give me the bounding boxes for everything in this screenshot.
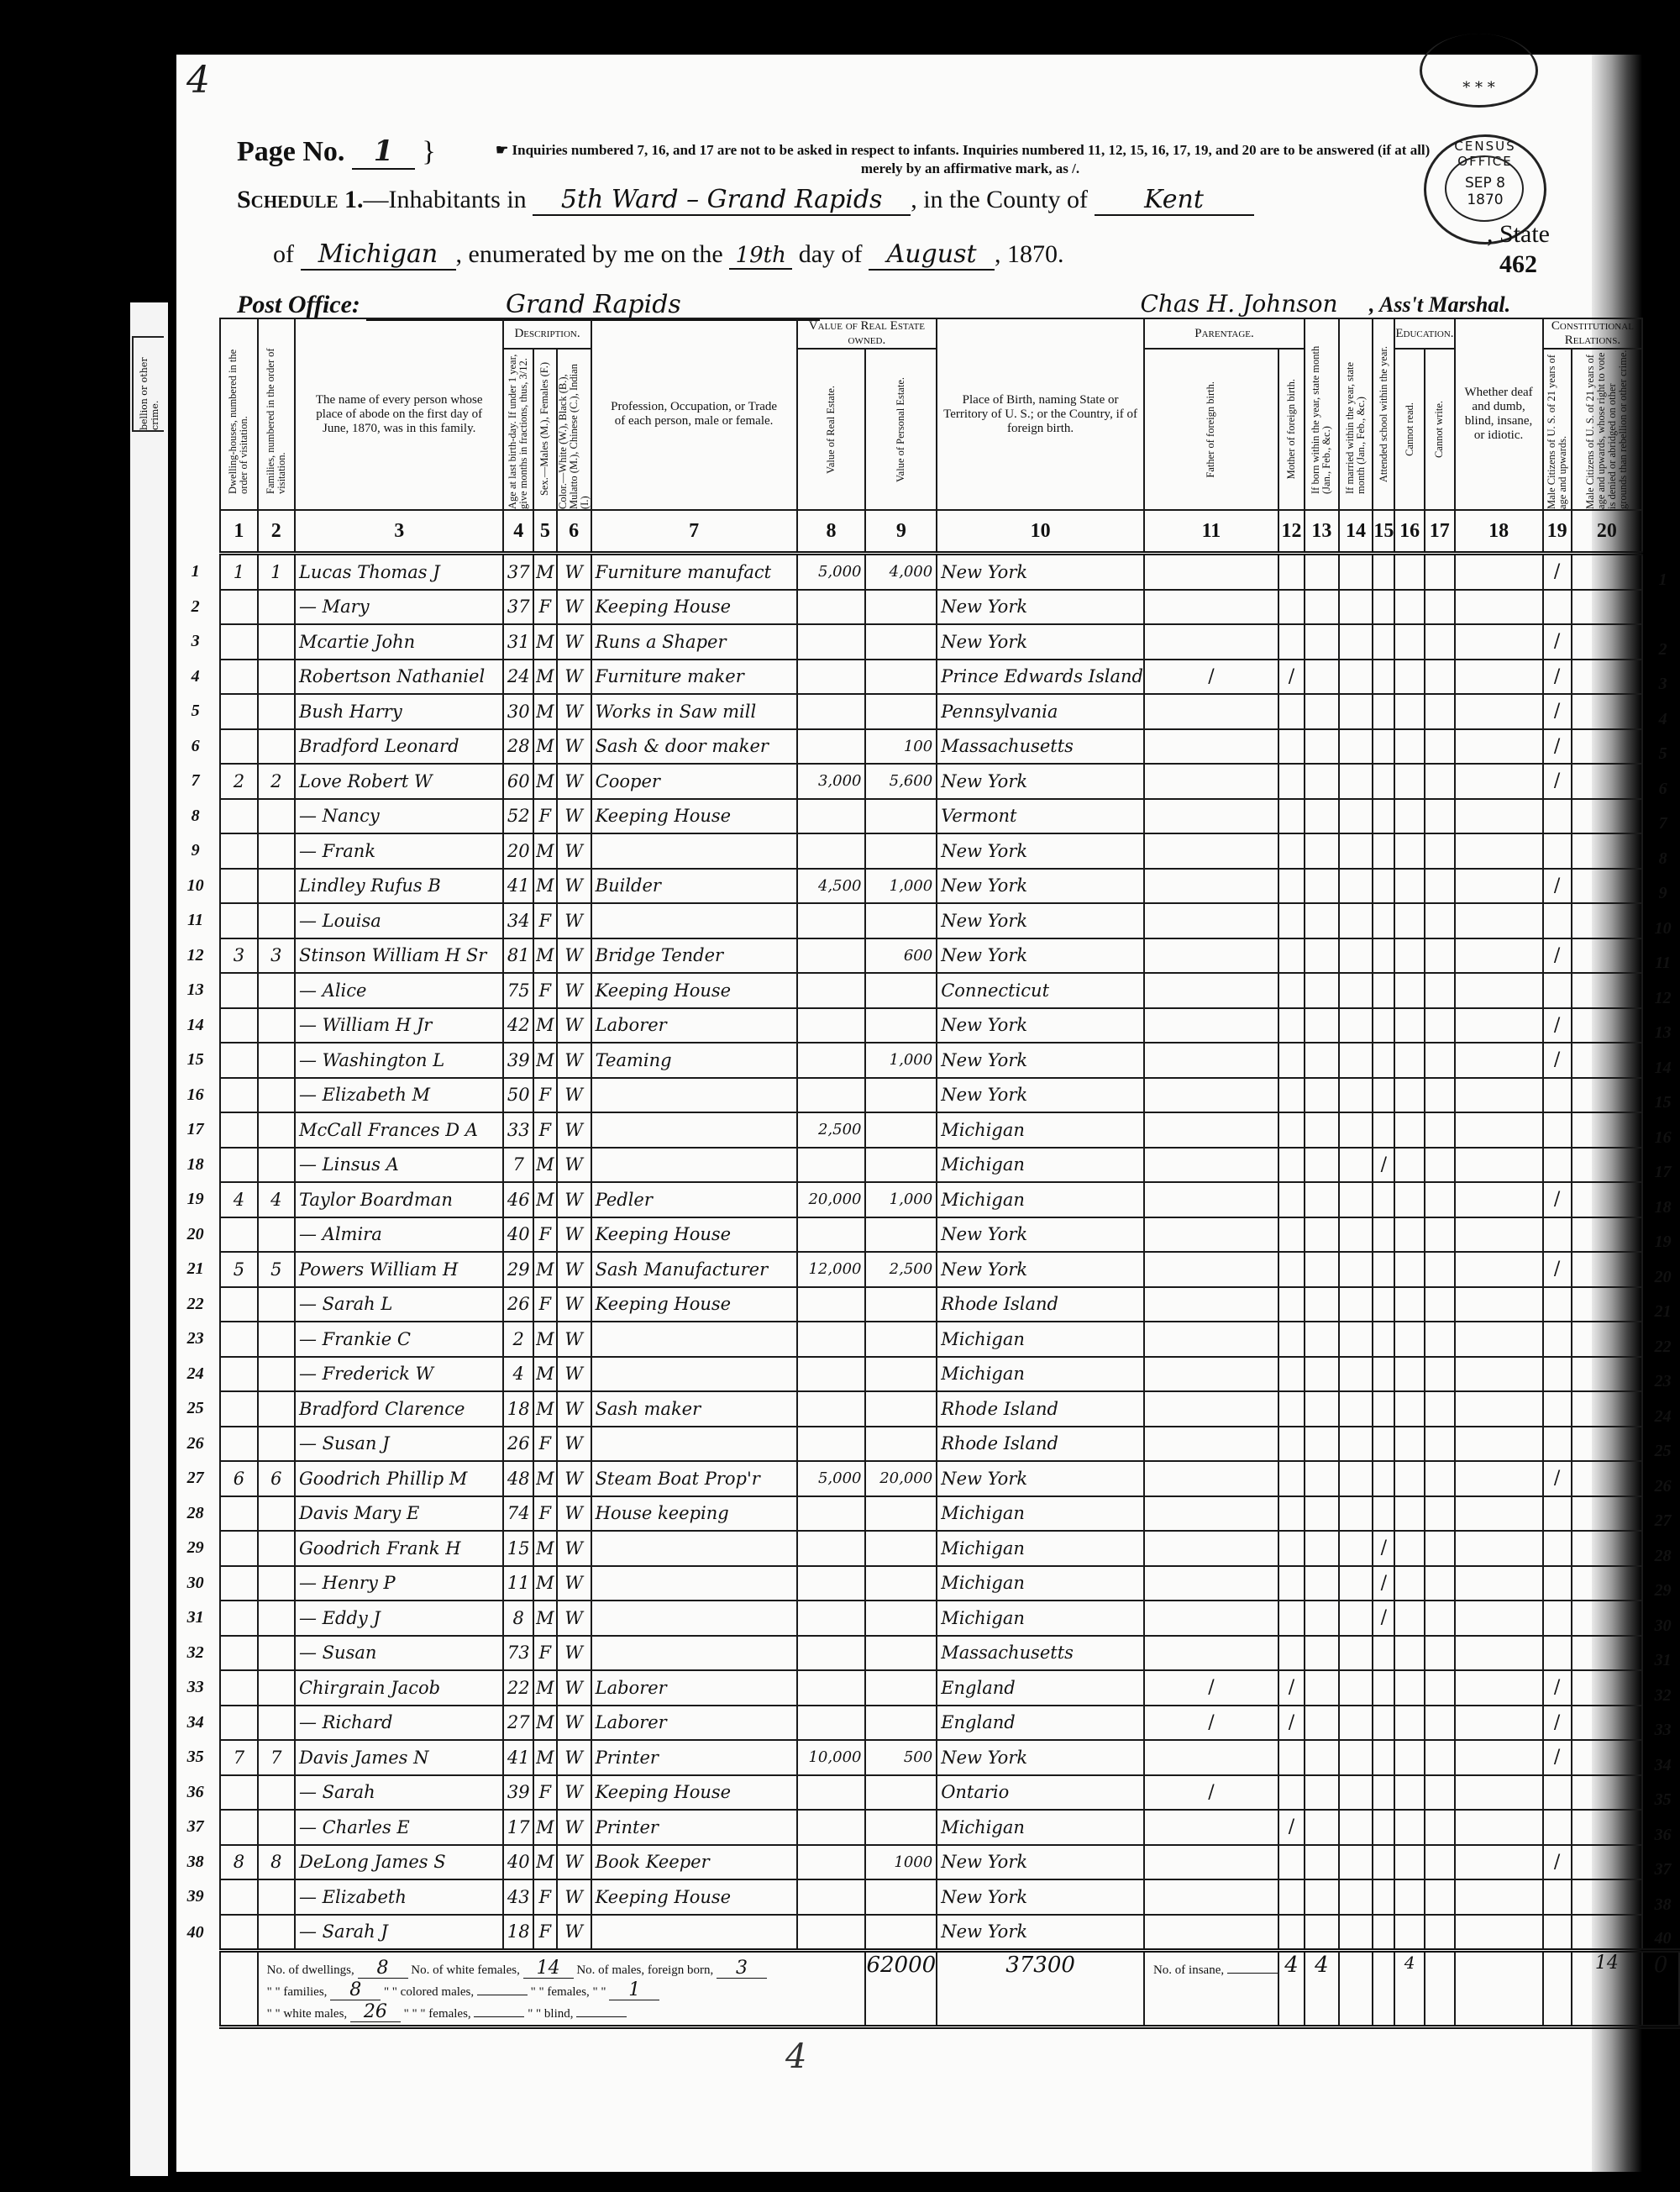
right-line-number: 27 — [1642, 1496, 1679, 1532]
father-foreign-mark — [1144, 1252, 1278, 1287]
occupation: Sash Manufacturer — [591, 1252, 797, 1287]
married-within-year — [1339, 1566, 1373, 1601]
father-foreign-mark — [1144, 1357, 1278, 1392]
line-number: 38 — [168, 1845, 220, 1880]
person-name: — Washington L — [295, 1043, 503, 1078]
cannot-read — [1394, 938, 1425, 974]
occupation — [591, 1357, 797, 1392]
born-within-year — [1305, 1845, 1339, 1880]
real-estate-value — [797, 694, 866, 729]
deaf-blind-insane — [1455, 1427, 1543, 1462]
deaf-blind-insane — [1455, 1531, 1543, 1566]
dwellings-count: 8 — [358, 1959, 408, 1979]
cannot-write — [1425, 694, 1455, 729]
age: 41 — [503, 869, 533, 904]
born-within-year — [1305, 1322, 1339, 1357]
attended-school-mark — [1373, 1636, 1394, 1671]
birthplace: Pennsylvania — [937, 694, 1144, 729]
person-name: — Almira — [295, 1217, 503, 1253]
color: W — [557, 869, 591, 904]
header-description-group: Description. — [503, 318, 591, 349]
sex: F — [533, 1775, 557, 1811]
sex: F — [533, 799, 557, 834]
occupation — [591, 1531, 797, 1566]
vote-denied — [1572, 1008, 1643, 1043]
vote-denied — [1572, 1496, 1643, 1532]
person-name: — Nancy — [295, 799, 503, 834]
deaf-blind-insane — [1455, 938, 1543, 974]
age: 74 — [503, 1496, 533, 1532]
cannot-read — [1394, 1740, 1425, 1775]
color: W — [557, 1740, 591, 1775]
vote-denied — [1572, 1287, 1643, 1322]
person-name: — Louisa — [295, 903, 503, 938]
line-number: 4 — [168, 660, 220, 695]
census-row: 9— Frank20MWNew York8 — [168, 833, 1680, 869]
married-within-year — [1339, 1078, 1373, 1113]
age: 39 — [503, 1043, 533, 1078]
cannot-read — [1394, 729, 1425, 765]
occupation: Works in Saw mill — [591, 694, 797, 729]
occupation: Builder — [591, 869, 797, 904]
attended-school-mark — [1373, 1810, 1394, 1845]
dwelling-number: 4 — [220, 1182, 257, 1217]
family-number — [258, 1566, 295, 1601]
census-row: 5Bush Harry30MWWorks in Saw millPennsylv… — [168, 694, 1680, 729]
cannot-write — [1425, 1217, 1455, 1253]
occupation: Keeping House — [591, 590, 797, 625]
male-citizen-mark: / — [1543, 1252, 1572, 1287]
age: 11 — [503, 1566, 533, 1601]
birthplace: New York — [937, 1078, 1144, 1113]
blind-count — [576, 2016, 627, 2017]
census-row: 13— Alice75FWKeeping HouseConnecticut12 — [168, 973, 1680, 1008]
color: W — [557, 1008, 591, 1043]
male-citizen-mark: / — [1543, 869, 1572, 904]
mother-foreign-mark — [1278, 1078, 1305, 1113]
column-number-9: 9 — [865, 510, 937, 554]
census-row: 1944Taylor Boardman46MWPedler20,0001,000… — [168, 1182, 1680, 1217]
cannot-read — [1394, 1182, 1425, 1217]
age: 15 — [503, 1531, 533, 1566]
male-citizen-mark — [1543, 1915, 1572, 1951]
attended-school-mark — [1373, 1043, 1394, 1078]
occupation — [591, 1322, 797, 1357]
occupation: Furniture maker — [591, 660, 797, 695]
male-citizen-mark — [1543, 590, 1572, 625]
family-number — [258, 833, 295, 869]
cannot-write — [1425, 1740, 1455, 1775]
personal-estate-value — [865, 1670, 937, 1706]
dwelling-number — [220, 869, 257, 904]
real-estate-value — [797, 1636, 866, 1671]
right-line-number: 7 — [1642, 799, 1679, 834]
cannot-write — [1425, 624, 1455, 660]
attended-school-mark — [1373, 1496, 1394, 1532]
header-occupation: Profession, Occupation, or Trade of each… — [591, 318, 797, 510]
age: 18 — [503, 1391, 533, 1427]
occupation: Laborer — [591, 1706, 797, 1741]
mother-foreign-mark — [1278, 1112, 1305, 1148]
father-foreign-mark — [1144, 1287, 1278, 1322]
person-name: Robertson Nathaniel — [295, 660, 503, 695]
birthplace: New York — [937, 869, 1144, 904]
personal-estate-value — [865, 1112, 937, 1148]
day-field: 19th — [729, 243, 792, 270]
father-foreign-mark — [1144, 1148, 1278, 1183]
born-within-year — [1305, 903, 1339, 938]
person-name: — Elizabeth — [295, 1879, 503, 1915]
family-number — [258, 1287, 295, 1322]
attended-school-mark — [1373, 1322, 1394, 1357]
cannot-read — [1394, 1112, 1425, 1148]
male-citizen-mark — [1543, 1287, 1572, 1322]
line-number: 40 — [168, 1915, 220, 1951]
born-within-year — [1305, 973, 1339, 1008]
married-within-year — [1339, 1706, 1373, 1741]
sex: M — [533, 1740, 557, 1775]
age: 52 — [503, 799, 533, 834]
vote-denied — [1572, 1357, 1643, 1392]
age: 26 — [503, 1427, 533, 1462]
right-line-number: 16 — [1642, 1112, 1679, 1148]
male-citizen-mark: / — [1543, 1008, 1572, 1043]
right-line-number: 2 — [1642, 624, 1679, 660]
age: 33 — [503, 1112, 533, 1148]
vote-denied — [1572, 1078, 1643, 1113]
vote-denied — [1572, 1706, 1643, 1741]
family-number — [258, 1008, 295, 1043]
deaf-blind-insane — [1455, 1287, 1543, 1322]
born-within-year — [1305, 1740, 1339, 1775]
census-row: 11— Louisa34FWNew York10 — [168, 903, 1680, 938]
father-foreign-mark — [1144, 1043, 1278, 1078]
born-within-year — [1305, 1148, 1339, 1183]
deaf-blind-insane — [1455, 1810, 1543, 1845]
married-within-year — [1339, 1008, 1373, 1043]
married-within-year — [1339, 1670, 1373, 1706]
vote-denied — [1572, 1879, 1643, 1915]
birthplace: Prince Edwards Island — [937, 660, 1144, 695]
sex: M — [533, 1008, 557, 1043]
header-male-citizens: Male Citizens of U. S. of 21 years of ag… — [1543, 349, 1572, 510]
mother-foreign-mark — [1278, 1217, 1305, 1253]
personal-estate-value — [865, 694, 937, 729]
real-estate-value: 2,500 — [797, 1112, 866, 1148]
mother-foreign-mark — [1278, 624, 1305, 660]
father-foreign-mark — [1144, 973, 1278, 1008]
total-real-estate: 62000 — [865, 1951, 937, 2027]
person-name: — Linsus A — [295, 1148, 503, 1183]
father-foreign-mark — [1144, 1915, 1278, 1951]
born-within-year — [1305, 799, 1339, 834]
father-foreign-mark — [1144, 1845, 1278, 1880]
married-within-year — [1339, 1531, 1373, 1566]
dwelling-number: 7 — [220, 1740, 257, 1775]
column-number-16: 16 — [1394, 510, 1425, 554]
total-mother-foreign: 4 — [1305, 1951, 1339, 2027]
mother-foreign-mark — [1278, 1043, 1305, 1078]
family-number — [258, 1879, 295, 1915]
right-line-number: 36 — [1642, 1810, 1679, 1845]
cannot-write — [1425, 833, 1455, 869]
real-estate-value — [797, 1043, 866, 1078]
age: 48 — [503, 1461, 533, 1496]
mother-foreign-mark — [1278, 1252, 1305, 1287]
column-number-12: 12 — [1278, 510, 1305, 554]
occupation: Furniture manufact — [591, 554, 797, 590]
dwelling-number — [220, 1217, 257, 1253]
deaf-blind-insane — [1455, 1252, 1543, 1287]
person-name: Davis Mary E — [295, 1496, 503, 1532]
birthplace: New York — [937, 554, 1144, 590]
mother-foreign-mark — [1278, 1391, 1305, 1427]
cannot-write — [1425, 1706, 1455, 1741]
vote-denied — [1572, 729, 1643, 765]
birthplace: New York — [937, 1252, 1144, 1287]
vote-denied — [1572, 1566, 1643, 1601]
census-row: 22— Sarah L26FWKeeping HouseRhode Island… — [168, 1287, 1680, 1322]
person-name: — William H Jr — [295, 1008, 503, 1043]
line-number: 39 — [168, 1879, 220, 1915]
mother-foreign-mark — [1278, 869, 1305, 904]
cannot-read — [1394, 1566, 1425, 1601]
census-row: 29Goodrich Frank H15MWMichigan/28 — [168, 1531, 1680, 1566]
header-constitutional-group: Constitutional Relations. — [1543, 318, 1643, 349]
year-label: , 1870. — [995, 240, 1064, 268]
column-number-19: 19 — [1543, 510, 1572, 554]
family-number: 6 — [258, 1461, 295, 1496]
male-citizen-mark: / — [1543, 764, 1572, 799]
dwelling-number — [220, 1670, 257, 1706]
deaf-blind-insane — [1455, 1182, 1543, 1217]
male-citizen-mark — [1543, 903, 1572, 938]
cannot-write — [1425, 1879, 1455, 1915]
mother-foreign-mark — [1278, 1879, 1305, 1915]
deaf-blind-insane — [1455, 869, 1543, 904]
male-citizen-mark — [1543, 1078, 1572, 1113]
family-number: 4 — [258, 1182, 295, 1217]
sex: F — [533, 590, 557, 625]
vote-denied — [1572, 1915, 1643, 1951]
mother-foreign-mark: / — [1278, 1706, 1305, 1741]
father-foreign-mark — [1144, 1636, 1278, 1671]
post-office-field: Grand Rapids — [366, 290, 820, 321]
birthplace: New York — [937, 590, 1144, 625]
occupation — [591, 1078, 797, 1113]
vote-denied — [1572, 1670, 1643, 1706]
real-estate-value: 10,000 — [797, 1740, 866, 1775]
real-estate-value — [797, 1008, 866, 1043]
header-dwelling: Dwelling-houses, numbered in the order o… — [220, 318, 257, 510]
family-number — [258, 1706, 295, 1741]
color: W — [557, 1078, 591, 1113]
real-estate-value — [797, 1845, 866, 1880]
header-vote-denied: Male Citizens of U. S. of 21 years of ag… — [1572, 349, 1643, 510]
person-name: Powers William H — [295, 1252, 503, 1287]
mother-foreign-mark: / — [1278, 660, 1305, 695]
inhabitants-label: —Inhabitants in — [364, 186, 527, 213]
married-within-year — [1339, 729, 1373, 765]
sex: M — [533, 1252, 557, 1287]
personal-estate-value — [865, 1148, 937, 1183]
right-line-number: 31 — [1642, 1636, 1679, 1671]
age: 2 — [503, 1322, 533, 1357]
birthplace: England — [937, 1670, 1144, 1706]
line-number: 36 — [168, 1775, 220, 1811]
vote-denied — [1572, 1601, 1643, 1636]
real-estate-value — [797, 1566, 866, 1601]
sex: M — [533, 694, 557, 729]
real-estate-value — [797, 1078, 866, 1113]
person-name: Goodrich Frank H — [295, 1531, 503, 1566]
male-citizen-mark — [1543, 1566, 1572, 1601]
cannot-write — [1425, 729, 1455, 765]
vote-denied — [1572, 590, 1643, 625]
male-citizen-mark: / — [1543, 729, 1572, 765]
mother-foreign-mark — [1278, 1915, 1305, 1951]
line-number: 20 — [168, 1217, 220, 1253]
deaf-blind-insane — [1455, 1496, 1543, 1532]
age: 34 — [503, 903, 533, 938]
real-estate-value: 3,000 — [797, 764, 866, 799]
father-foreign-mark — [1144, 903, 1278, 938]
cannot-write — [1425, 1531, 1455, 1566]
right-line-number: 3 — [1642, 660, 1679, 695]
cannot-write — [1425, 590, 1455, 625]
cannot-write — [1425, 938, 1455, 974]
colored-males-count — [477, 1995, 528, 1995]
header-cannot-write: Cannot write. — [1425, 349, 1455, 510]
deaf-blind-insane — [1455, 554, 1543, 590]
dwelling-number — [220, 660, 257, 695]
married-within-year — [1339, 1182, 1373, 1217]
married-within-year — [1339, 1357, 1373, 1392]
column-number-5: 5 — [533, 510, 557, 554]
married-within-year — [1339, 1391, 1373, 1427]
occupation: Laborer — [591, 1008, 797, 1043]
father-foreign-mark — [1144, 1391, 1278, 1427]
census-row: 2766Goodrich Phillip M48MWSteam Boat Pro… — [168, 1461, 1680, 1496]
birthplace: Rhode Island — [937, 1427, 1144, 1462]
deaf-blind-insane — [1455, 1636, 1543, 1671]
born-within-year — [1305, 1810, 1339, 1845]
father-foreign-mark — [1144, 1531, 1278, 1566]
color: W — [557, 1112, 591, 1148]
census-row: 37— Charles E17MWPrinterMichigan/36 — [168, 1810, 1680, 1845]
male-citizen-mark: / — [1543, 1845, 1572, 1880]
line-number: 35 — [168, 1740, 220, 1775]
dwelling-number: 5 — [220, 1252, 257, 1287]
right-line-number: 9 — [1642, 869, 1679, 904]
cannot-read — [1394, 799, 1425, 834]
line-number: 7 — [168, 764, 220, 799]
census-row: 1233Stinson William H Sr81MWBridge Tende… — [168, 938, 1680, 974]
inquiry-note-line1: Inquiries numbered 7, 16, and 17 are not… — [512, 142, 1431, 158]
cannot-read — [1394, 1322, 1425, 1357]
born-within-year — [1305, 1427, 1339, 1462]
personal-estate-value — [865, 1427, 937, 1462]
person-name: — Frankie C — [295, 1322, 503, 1357]
dwelling-number: 2 — [220, 764, 257, 799]
dwelling-number — [220, 1112, 257, 1148]
dwelling-number — [220, 1775, 257, 1811]
occupation: Pedler — [591, 1182, 797, 1217]
sex: M — [533, 764, 557, 799]
mother-foreign-mark — [1278, 590, 1305, 625]
month-field: August — [869, 239, 995, 271]
attended-school-mark — [1373, 1217, 1394, 1253]
pointing-hand-icon: ☛ — [496, 142, 512, 158]
header-married-within-year: If married within the year, state month … — [1339, 318, 1373, 510]
dwelling-number — [220, 799, 257, 834]
column-number-4: 4 — [503, 510, 533, 554]
dwelling-number — [220, 624, 257, 660]
marshal-signature: Chas H. Johnson — [1109, 290, 1369, 319]
occupation: Sash maker — [591, 1391, 797, 1427]
born-within-year — [1305, 1287, 1339, 1322]
census-row: 10Lindley Rufus B41MWBuilder4,5001,000Ne… — [168, 869, 1680, 904]
cannot-write — [1425, 554, 1455, 590]
deaf-blind-insane — [1455, 1915, 1543, 1951]
color: W — [557, 1670, 591, 1706]
father-foreign-mark: / — [1144, 1706, 1278, 1741]
real-estate-value — [797, 1496, 866, 1532]
header-personal-estate: Value of Personal Estate. — [865, 349, 937, 510]
dwelling-number — [220, 1915, 257, 1951]
male-citizen-mark: / — [1543, 1461, 1572, 1496]
married-within-year — [1339, 938, 1373, 974]
cannot-read — [1394, 1601, 1425, 1636]
person-name: — Richard — [295, 1706, 503, 1741]
birthplace: New York — [937, 1879, 1144, 1915]
column-number-7: 7 — [591, 510, 797, 554]
deaf-blind-insane — [1455, 1008, 1543, 1043]
birthplace: Rhode Island — [937, 1391, 1144, 1427]
column-number-2: 2 — [258, 510, 295, 554]
person-name: Davis James N — [295, 1740, 503, 1775]
age: 17 — [503, 1810, 533, 1845]
occupation: Laborer — [591, 1670, 797, 1706]
color: W — [557, 1427, 591, 1462]
dwelling-number — [220, 1322, 257, 1357]
occupation: Bridge Tender — [591, 938, 797, 974]
census-row: 16— Elizabeth M50FWNew York15 — [168, 1078, 1680, 1113]
vote-denied — [1572, 1182, 1643, 1217]
real-estate-value: 5,000 — [797, 1461, 866, 1496]
cannot-read — [1394, 1148, 1425, 1183]
father-foreign-mark — [1144, 1182, 1278, 1217]
attended-school-mark — [1373, 1008, 1394, 1043]
married-within-year — [1339, 833, 1373, 869]
census-row: 40— Sarah J18FWNew York40 — [168, 1915, 1680, 1951]
census-row: 17McCall Frances D A33FW2,500Michigan16 — [168, 1112, 1680, 1148]
birthplace: Michigan — [937, 1496, 1144, 1532]
dwelling-number — [220, 1879, 257, 1915]
attended-school-mark — [1373, 1775, 1394, 1811]
right-line-number: 17 — [1642, 1148, 1679, 1183]
personal-estate-value: 4,000 — [865, 554, 937, 590]
married-within-year — [1339, 590, 1373, 625]
age: 50 — [503, 1078, 533, 1113]
family-number: 5 — [258, 1252, 295, 1287]
cannot-write — [1425, 1775, 1455, 1811]
header-age: Age at last birth-day. If under 1 year, … — [503, 349, 533, 510]
deaf-blind-insane — [1455, 1357, 1543, 1392]
sex: M — [533, 660, 557, 695]
right-line-number: 8 — [1642, 833, 1679, 869]
line-number: 24 — [168, 1357, 220, 1392]
